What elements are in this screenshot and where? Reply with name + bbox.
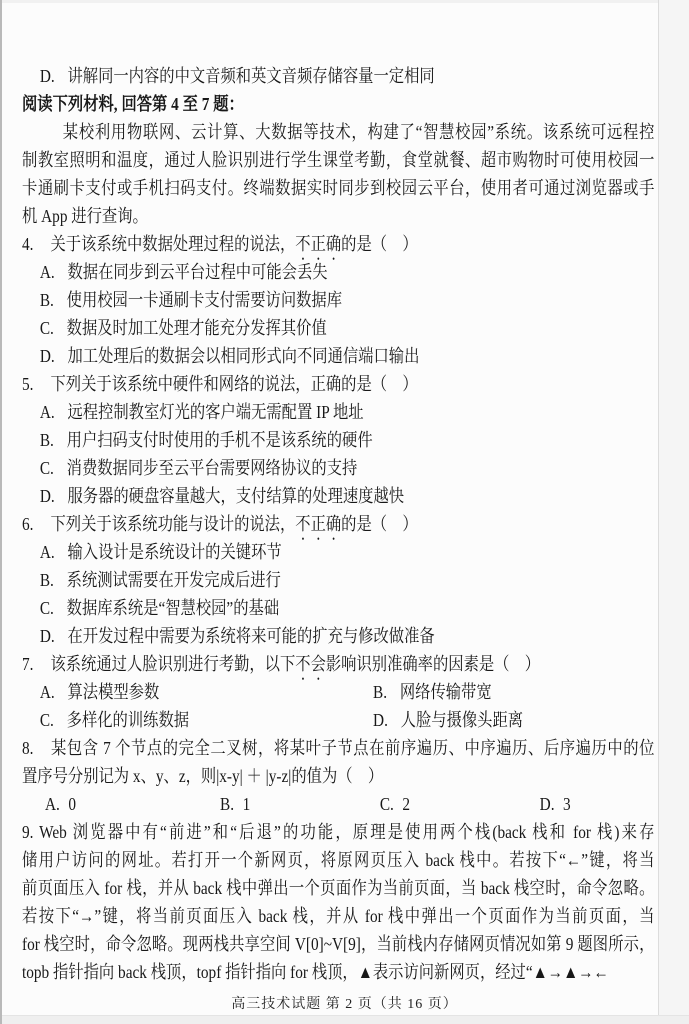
option-text: 系统测试需要在开发完成后进行	[67, 570, 281, 590]
question-option: A.数据在同步到云平台过程中可能会丢失	[22, 258, 654, 286]
question-stem-continued: for 栈空时，命令忽略。现两栈共享空间 V[0]~V[9]，当前栈内存储网页情…	[22, 930, 654, 958]
option-text: 讲解同一内容的中文音频和英文音频存储容量一定相同	[67, 66, 434, 86]
stem-text: 关于该系统中数据处理过程的说法，	[50, 234, 295, 254]
question-option: D.讲解同一内容的中文音频和英文音频存储容量一定相同	[22, 62, 654, 90]
option-label: C.	[40, 710, 54, 730]
question-option: C.数据及时加工处理才能充分发挥其价值	[22, 314, 654, 342]
material-line: 某校利用物联网、云计算、大数据等技术，构建了“智慧校园”系统。该系统可远程控	[22, 118, 654, 146]
option-label: C.	[40, 598, 54, 618]
option-label: B.	[220, 794, 234, 814]
question-option: A.输入设计是系统设计的关键环节	[22, 538, 654, 566]
question-stem-continued: 若按下“→”键，将当前页面压入 back 栈，并从 for 栈中弹出一个页面作为…	[22, 902, 654, 930]
option-text: 0	[68, 794, 76, 814]
question-option: D.人脸与摄像头距离	[373, 710, 523, 730]
question-number: 7.	[22, 654, 33, 674]
question-option: A.0	[45, 790, 220, 818]
option-label: D.	[40, 626, 55, 646]
option-label: B.	[373, 682, 387, 702]
option-label: A.	[40, 682, 55, 702]
question-stem-continued: 置序号分别记为 x、y、z，则|x-y| ＋ |y-z|的值为（ ）	[22, 762, 654, 790]
option-text: 1	[243, 794, 251, 814]
question-option-row: A.算法模型参数B.网络传输带宽	[22, 678, 654, 706]
question-option: C.多样化的训练数据	[40, 706, 373, 734]
option-text: 远程控制教室灯光的客户端无需配置 IP 地址	[67, 402, 363, 422]
question-option-row: A.0B.1C.2D.3	[22, 790, 654, 818]
material-line: 卡通刷卡支付或手机扫码支付。终端数据实时同步到校园云平台，使用者可通过浏览器或手	[22, 174, 654, 202]
question-option: B.系统测试需要在开发完成后进行	[22, 566, 654, 594]
option-label: A.	[40, 542, 55, 562]
option-text: 用户扫码支付时使用的手机不是该系统的硬件	[67, 430, 373, 450]
option-text: 服务器的硬盘容量越大，支付结算的处理速度越快	[67, 486, 404, 506]
stem-text: 某包含 7 个节点的完全二叉树，将某叶子节点在前序遍历、中序遍历、后序遍历中的位	[50, 738, 654, 758]
question-number: 5.	[22, 374, 33, 394]
question-stem: 9. Web 浏览器中有“前进”和“后退”的功能，原理是使用两个栈(back 栈…	[22, 818, 654, 846]
option-label: B.	[40, 570, 54, 590]
material-line: 机 App 进行查询。	[22, 202, 654, 230]
question-option: A.算法模型参数	[40, 678, 373, 706]
question-stem-continued: 储用户访问的网址。若打开一个新网页，将原网页压入 back 栈中。若按下“←”键…	[22, 846, 654, 874]
question-option: A.远程控制教室灯光的客户端无需配置 IP 地址	[22, 398, 654, 426]
page-edge-left	[0, 0, 2, 1024]
option-label: D.	[40, 346, 55, 366]
question-number: 4.	[22, 234, 33, 254]
option-text: 网络传输带宽	[400, 682, 492, 702]
option-text: 人脸与摄像头距离	[401, 710, 523, 730]
option-text: 数据在同步到云平台过程中可能会丢失	[67, 262, 327, 282]
stem-emphasized-text: 不正确	[295, 234, 341, 254]
page-content: D.讲解同一内容的中文音频和英文音频存储容量一定相同 阅读下列材料, 回答第 4…	[22, 62, 654, 986]
exam-page: D.讲解同一内容的中文音频和英文音频存储容量一定相同 阅读下列材料, 回答第 4…	[0, 0, 689, 1024]
option-label: D.	[373, 710, 388, 730]
option-label: A.	[40, 402, 55, 422]
stem-text: 的是（ ）	[341, 234, 418, 254]
stem-text: 下列关于该系统中硬件和网络的说法，正确的是（ ）	[50, 374, 417, 394]
question-stem-continued: 前页面压入 for 栈，并从 back 栈中弹出一个页面作为当前页面，当 bac…	[22, 874, 654, 902]
question-stem: 5.下列关于该系统中硬件和网络的说法，正确的是（ ）	[22, 370, 654, 398]
option-label: C.	[40, 318, 54, 338]
question-option: B.用户扫码支付时使用的手机不是该系统的硬件	[22, 426, 654, 454]
option-text: 消费数据同步至云平台需要网络协议的支持	[67, 458, 358, 478]
question-option: D.加工处理后的数据会以相同形式向不同通信端口输出	[22, 342, 654, 370]
reading-material-header: 阅读下列材料, 回答第 4 至 7 题：	[22, 90, 654, 118]
stem-text: 该系统通过人脸识别进行考勤，以下	[50, 654, 295, 674]
option-text: 多样化的训练数据	[67, 710, 189, 730]
option-label: D.	[40, 66, 55, 86]
question-option: C.消费数据同步至云平台需要网络协议的支持	[22, 454, 654, 482]
question-stem: 6.下列关于该系统功能与设计的说法，不正确的是（ ）	[22, 510, 654, 538]
option-label: D.	[540, 794, 555, 814]
option-text: 在开发过程中需要为系统将来可能的扩充与修改做准备	[67, 626, 434, 646]
stem-text: 影响识别准确率的因素是（ ）	[326, 654, 540, 674]
stem-emphasized-text: 不正确	[295, 514, 341, 534]
question-option: D.3	[540, 790, 571, 818]
question-stem: 8.某包含 7 个节点的完全二叉树，将某叶子节点在前序遍历、中序遍历、后序遍历中…	[22, 734, 654, 762]
stem-emphasized-text: 不会	[295, 654, 326, 674]
page-edge-bottom	[0, 1015, 689, 1024]
question-option: B.1	[220, 790, 380, 818]
option-text: 算法模型参数	[67, 682, 159, 702]
question-stem-continued: topb 指针指向 back 栈顶，topf 指针指向 for 栈顶，▲表示访问…	[22, 958, 654, 986]
option-label: A.	[45, 794, 60, 814]
option-text: 2	[402, 794, 410, 814]
stem-text: 的是（ ）	[341, 514, 418, 534]
question-stem: 4.关于该系统中数据处理过程的说法，不正确的是（ ）	[22, 230, 654, 258]
option-label: A.	[40, 262, 55, 282]
question-option: D.服务器的硬盘容量越大，支付结算的处理速度越快	[22, 482, 654, 510]
option-text: 使用校园一卡通刷卡支付需要访问数据库	[67, 290, 342, 310]
material-line: 制教室照明和温度，通过人脸识别进行学生课堂考勤，食堂就餐、超市购物时可使用校园一	[22, 146, 654, 174]
page-footer: 高三技术试题 第 2 页（共 16 页）	[0, 993, 689, 1013]
option-label: B.	[40, 430, 54, 450]
option-label: D.	[40, 486, 55, 506]
page-edge-right	[658, 0, 689, 1024]
question-stem: 7.该系统通过人脸识别进行考勤，以下不会影响识别准确率的因素是（ ）	[22, 650, 654, 678]
question-option: D.在开发过程中需要为系统将来可能的扩充与修改做准备	[22, 622, 654, 650]
option-text: 数据库系统是“智慧校园”的基础	[67, 598, 279, 618]
option-label: C.	[40, 458, 54, 478]
question-option: B.网络传输带宽	[373, 682, 492, 702]
option-text: 3	[563, 794, 571, 814]
stem-text: 下列关于该系统功能与设计的说法，	[50, 514, 295, 534]
question-option: C.2	[380, 790, 540, 818]
question-number: 8.	[22, 738, 33, 758]
option-text: 输入设计是系统设计的关键环节	[67, 542, 281, 562]
question-option: B.使用校园一卡通刷卡支付需要访问数据库	[22, 286, 654, 314]
question-option: C.数据库系统是“智慧校园”的基础	[22, 594, 654, 622]
option-text: 加工处理后的数据会以相同形式向不同通信端口输出	[67, 346, 419, 366]
option-label: C.	[380, 794, 394, 814]
option-text: 数据及时加工处理才能充分发挥其价值	[67, 318, 327, 338]
page-edge-top	[0, 0, 689, 3]
question-number: 6.	[22, 514, 33, 534]
option-label: B.	[40, 290, 54, 310]
question-option-row: C.多样化的训练数据D.人脸与摄像头距离	[22, 706, 654, 734]
